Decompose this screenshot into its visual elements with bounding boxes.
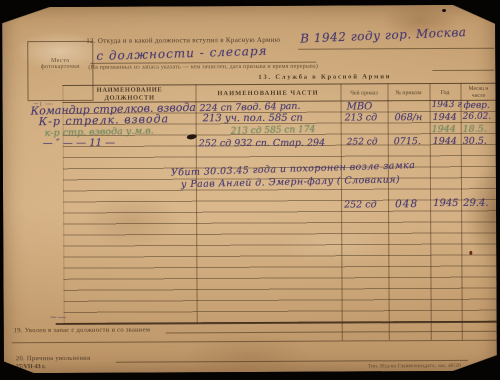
row1-year: 1943 г [432,100,462,110]
row2-year: 1944 [433,112,457,123]
table-border-right [496,83,497,321]
row4-order-by: 252 сд [347,137,378,147]
column-header-year: Год [430,90,459,96]
row1-date: февр. [464,101,490,111]
table-border-top [62,83,496,86]
row2-order-by: 213 сд [345,112,378,123]
section13-title: 13. Служба в Красной Армии [258,73,391,81]
column-header-unit: НАИМЕНОВАНИЕ ЧАСТИ [197,90,338,98]
row1-order-by: МВО [347,101,373,112]
death-note-date: 29.4. [463,198,489,209]
row4-unit: 252 сд 932 сп. Стар. 294 [199,138,325,150]
red-speck [469,251,472,255]
row2-date: 26.02. [463,112,492,122]
column-header-order-no: № приказа [388,90,428,96]
dark-speck [442,9,446,12]
section20-printed-label: 20. Причина увольнения [16,355,91,362]
scanned-service-card: Место фотокарточки ~ι — 12. Откуда и в к… [0,0,500,380]
section12-handwritten-position: с должности - слесаря [96,44,268,63]
row3-year: 1944 [432,124,456,135]
row2-unit: 213 уч. пол. 585 сп [203,113,303,125]
section12-underline-1 [298,48,494,50]
section19-printed-label: 19. Уволен в запас с должности и со зван… [14,327,151,335]
row4-year: 1944 [433,136,457,147]
column-header-position: НАИМЕНОВАНИЕ ДОЛЖНОСТИ [70,86,188,102]
form-print-date: 27/VII-43 г. [16,364,46,370]
row4-order-no: 0715. [394,136,421,147]
flourish-mark: ~— [50,313,67,323]
photo-box-label-line2: фотокарточки [28,64,92,70]
row4-date: 30.5. [463,136,487,147]
row2-order-no: 068/н [395,112,423,123]
section12-note: (На призванных из запаса указать — кем з… [88,64,318,71]
column-header-month-day: Месяц и число [461,86,495,99]
row3-date: 18.5. [463,124,487,135]
section12-underline-3 [432,70,494,71]
death-note-year: 1945 [433,198,459,209]
death-note-order-no: 048 [395,198,418,210]
column-header-order-by: Чей приказ [341,90,386,96]
paper-card: Место фотокарточки ~ι — 12. Откуда и в к… [2,5,497,374]
section19-underline-1 [166,331,497,334]
section19-underline-2 [12,340,497,344]
row3-unit: 213 сд 585 сп 174 [231,125,316,137]
printer-imprint: Тип. Изд-ва Главвоениздата, зак. 4б/20 [368,363,461,369]
row4-position-ditto: — ″ — — 11 — [43,138,115,149]
death-note-order-by: 252 сд [344,199,377,210]
section12-handwritten-year-city: В 1942 году гор. Москва [300,25,467,46]
